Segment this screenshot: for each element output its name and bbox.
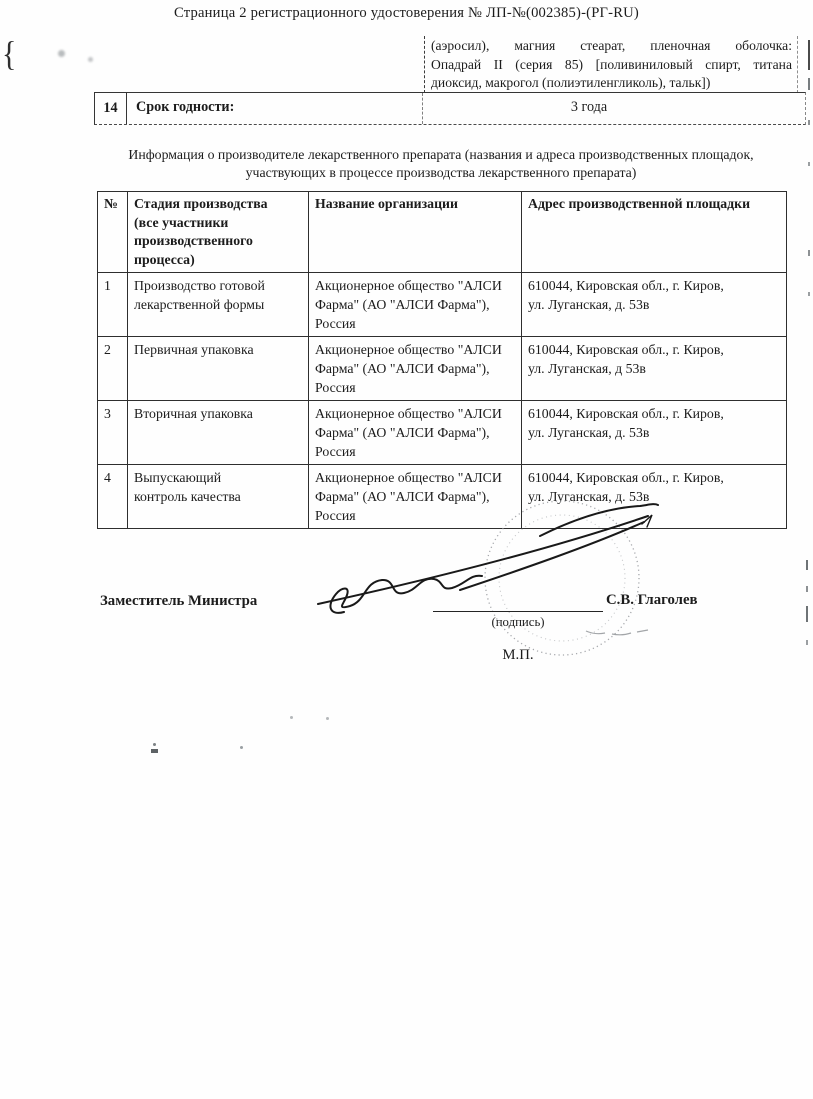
scan-artifact: [806, 606, 808, 622]
cell-organization: Акционерное общество "АЛСИ Фарма" (АО "А…: [309, 337, 522, 401]
cell-stage: Первичная упаковка: [128, 337, 309, 401]
cell-address: 610044, Кировская обл., г. Киров, ул. Лу…: [522, 401, 787, 465]
cell-address: 610044, Кировская обл., г. Киров, ул. Лу…: [522, 273, 787, 337]
shelf-life-row: 14 Срок годности: 3 года: [94, 92, 806, 125]
scan-artifact: [151, 749, 158, 753]
table-header-row: № Стадия производства (все участники про…: [98, 192, 787, 273]
cell-address: 610044, Кировская обл., г. Киров, ул. Лу…: [522, 337, 787, 401]
cell-num: 2: [98, 337, 128, 401]
cell-stage: Выпускающий контроль качества: [128, 465, 309, 529]
table-row: 2 Первичная упаковка Акционерное обществ…: [98, 337, 787, 401]
stamp-edge-marks: [586, 630, 648, 635]
scan-artifact: [153, 743, 156, 746]
manufacturer-info-heading: Информация о производителе лекарственног…: [91, 146, 791, 181]
signature-line: [433, 611, 603, 612]
scan-artifact: [240, 746, 243, 749]
scan-artifact: [326, 717, 329, 720]
scan-artifact: [808, 120, 810, 125]
scan-artifact: [808, 162, 810, 166]
shelf-life-label: Срок годности:: [127, 93, 423, 124]
col-header-address: Адрес производственной площадки: [522, 192, 787, 273]
cell-num: 1: [98, 273, 128, 337]
seal-placeholder: М.П.: [433, 647, 603, 664]
excipients-line: диоксид, макрогол (полиэтиленгликоль), т…: [431, 74, 792, 93]
cell-organization: Акционерное общество "АЛСИ Фарма" (АО "А…: [309, 273, 522, 337]
scan-artifact: {: [2, 35, 16, 74]
excipients-line: Опадрай II (серия 85) [поливиниловый спи…: [431, 56, 792, 75]
scan-artifact: [58, 50, 65, 57]
excipients-continuation-cell: (аэросил), магния стеарат, пленочная обо…: [424, 36, 798, 93]
scan-artifact: [290, 716, 293, 719]
scan-artifact: [808, 78, 810, 90]
cell-organization: Акционерное общество "АЛСИ Фарма" (АО "А…: [309, 401, 522, 465]
shelf-life-value: 3 года: [423, 93, 805, 124]
scan-artifact: [88, 57, 93, 62]
excipients-line: (аэросил), магния стеарат, пленочная обо…: [431, 37, 792, 56]
table-row: 1 Производство готовой лекарственной фор…: [98, 273, 787, 337]
scan-artifact: [806, 640, 808, 645]
manufacturers-table: № Стадия производства (все участники про…: [97, 191, 787, 529]
table-row: 3 Вторичная упаковка Акционерное обществ…: [98, 401, 787, 465]
stamp-outline: [485, 501, 639, 655]
cell-stage: Вторичная упаковка: [128, 401, 309, 465]
scan-artifact: [806, 560, 808, 570]
page-title: Страница 2 регистрационного удостоверени…: [0, 5, 813, 22]
scan-artifact: [806, 586, 808, 592]
signer-name: С.В. Глаголев: [606, 592, 698, 609]
col-header-num: №: [98, 192, 128, 273]
document-page: Страница 2 регистрационного удостоверени…: [0, 0, 813, 1099]
signature-caption: (подпись): [433, 615, 603, 630]
scan-artifact: [808, 292, 810, 296]
row-number: 14: [95, 93, 127, 124]
scan-artifact: [808, 250, 810, 256]
cell-num: 3: [98, 401, 128, 465]
scan-artifact: [808, 40, 810, 70]
signer-title: Заместитель Министра: [100, 593, 257, 610]
cell-num: 4: [98, 465, 128, 529]
cell-stage: Производство готовой лекарственной формы: [128, 273, 309, 337]
col-header-organization: Название организации: [309, 192, 522, 273]
col-header-stage: Стадия производства (все участники произ…: [128, 192, 309, 273]
